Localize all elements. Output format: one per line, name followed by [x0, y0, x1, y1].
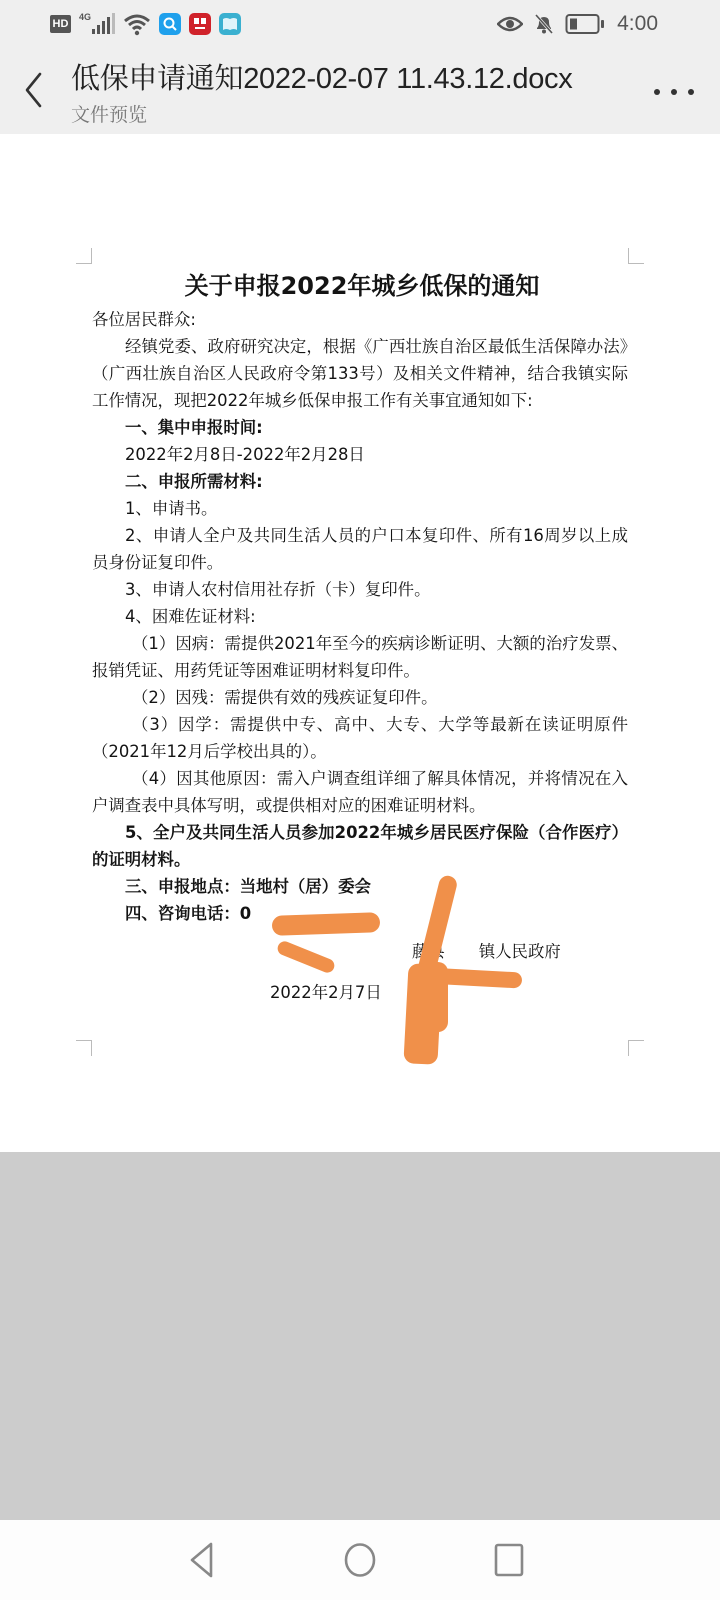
item-4: 4、困难佐证材料: — [92, 603, 628, 630]
phone-number-redacted: 0 — [240, 904, 251, 923]
item-2: 2、申请人全户及共同生活人员的户口本复印件、所有16周岁以上成员身份证复印件。 — [92, 522, 628, 576]
item-5: 5、全户及共同生活人员参加2022年城乡居民医疗保险（合作医疗）的证明材料。 — [92, 819, 628, 873]
intro-paragraph: 经镇党委、政府研究决定，根据《广西壮族自治区最低生活保障办法》（广西壮族自治区人… — [92, 333, 628, 414]
more-dot-icon — [654, 89, 660, 95]
status-right: 4:00 — [497, 10, 658, 38]
chevron-left-icon — [18, 68, 52, 112]
sub-item-4: （4）因其他原因：需入户调查组详细了解具体情况，并将情况在入户调查表中具体写明，… — [92, 765, 628, 819]
more-options-button[interactable] — [654, 82, 694, 102]
nav-back-button[interactable] — [182, 1540, 222, 1580]
news-app-icon — [189, 13, 211, 35]
title-bar: 低保申请通知2022-02-07 11.43.12.docx 文件预览 — [0, 46, 720, 134]
circle-home-icon — [340, 1540, 380, 1580]
network-type-label: 4G — [79, 12, 91, 22]
salutation: 各位居民群众: — [92, 306, 628, 333]
search-app-icon — [159, 13, 181, 35]
battery-icon — [565, 13, 605, 35]
document-title: 关于申报2022年城乡低保的通知 — [96, 268, 628, 304]
hd-icon: HD — [50, 15, 71, 33]
4g-signal-icon: 4G — [79, 12, 115, 36]
book-app-icon — [219, 13, 241, 35]
document-preview[interactable]: 关于申报2022年城乡低保的通知 各位居民群众: 经镇党委、政府研究决定，根据《… — [0, 134, 720, 1152]
page-corner-mark — [628, 1040, 644, 1056]
section-2-heading: 二、申报所需材料: — [92, 468, 628, 495]
document-date: 2022年2月7日 — [92, 979, 628, 1006]
wifi-icon — [123, 12, 151, 36]
bell-muted-icon — [533, 13, 555, 35]
sub-item-2: （2）因残：需提供有效的残疾证复印件。 — [92, 684, 628, 711]
sub-item-1: （1）因病：需提供2021年至今的疾病诊断证明、大额的治疗发票、报销凭证、用药凭… — [92, 630, 628, 684]
square-recents-icon — [490, 1540, 530, 1580]
item-3: 3、申请人农村信用社存折（卡）复印件。 — [92, 576, 628, 603]
status-bar: HD 4G — [0, 0, 720, 46]
eye-icon — [497, 15, 523, 33]
signature-suffix: 镇人民政府 — [479, 942, 561, 961]
sub-item-3: （3）因学：需提供中专、高中、大专、大学等最新在读证明原件（2021年12月后学… — [92, 711, 628, 765]
triangle-back-icon — [182, 1540, 222, 1580]
redaction-mark — [272, 912, 381, 936]
item-1: 1、申请书。 — [92, 495, 628, 522]
status-left: HD 4G — [50, 11, 241, 37]
more-dot-icon — [688, 89, 694, 95]
section-4-label: 四、咨询电话： — [125, 904, 240, 923]
page-corner-mark — [628, 248, 644, 264]
signature: 藤县镇人民政府 — [92, 938, 628, 965]
file-preview-subtitle: 文件预览 — [71, 100, 147, 127]
page-corner-mark — [76, 1040, 92, 1056]
file-title: 低保申请通知2022-02-07 11.43.12.docx — [71, 56, 572, 97]
navigation-bar — [0, 1520, 720, 1600]
more-dot-icon — [671, 89, 677, 95]
section-1-heading: 一、集中申报时间: — [92, 414, 628, 441]
page-corner-mark — [76, 248, 92, 264]
nav-home-button[interactable] — [340, 1540, 380, 1580]
empty-preview-area — [0, 1152, 720, 1520]
section-1-body: 2022年2月8日-2022年2月28日 — [92, 441, 628, 468]
nav-recents-button[interactable] — [490, 1540, 530, 1580]
document-page: 关于申报2022年城乡低保的通知 各位居民群众: 经镇党委、政府研究决定，根据《… — [92, 268, 628, 1006]
clock-time: 4:00 — [617, 12, 658, 36]
section-3: 三、申报地点：当地村（居）委会 — [92, 873, 628, 900]
back-button[interactable] — [18, 68, 52, 112]
